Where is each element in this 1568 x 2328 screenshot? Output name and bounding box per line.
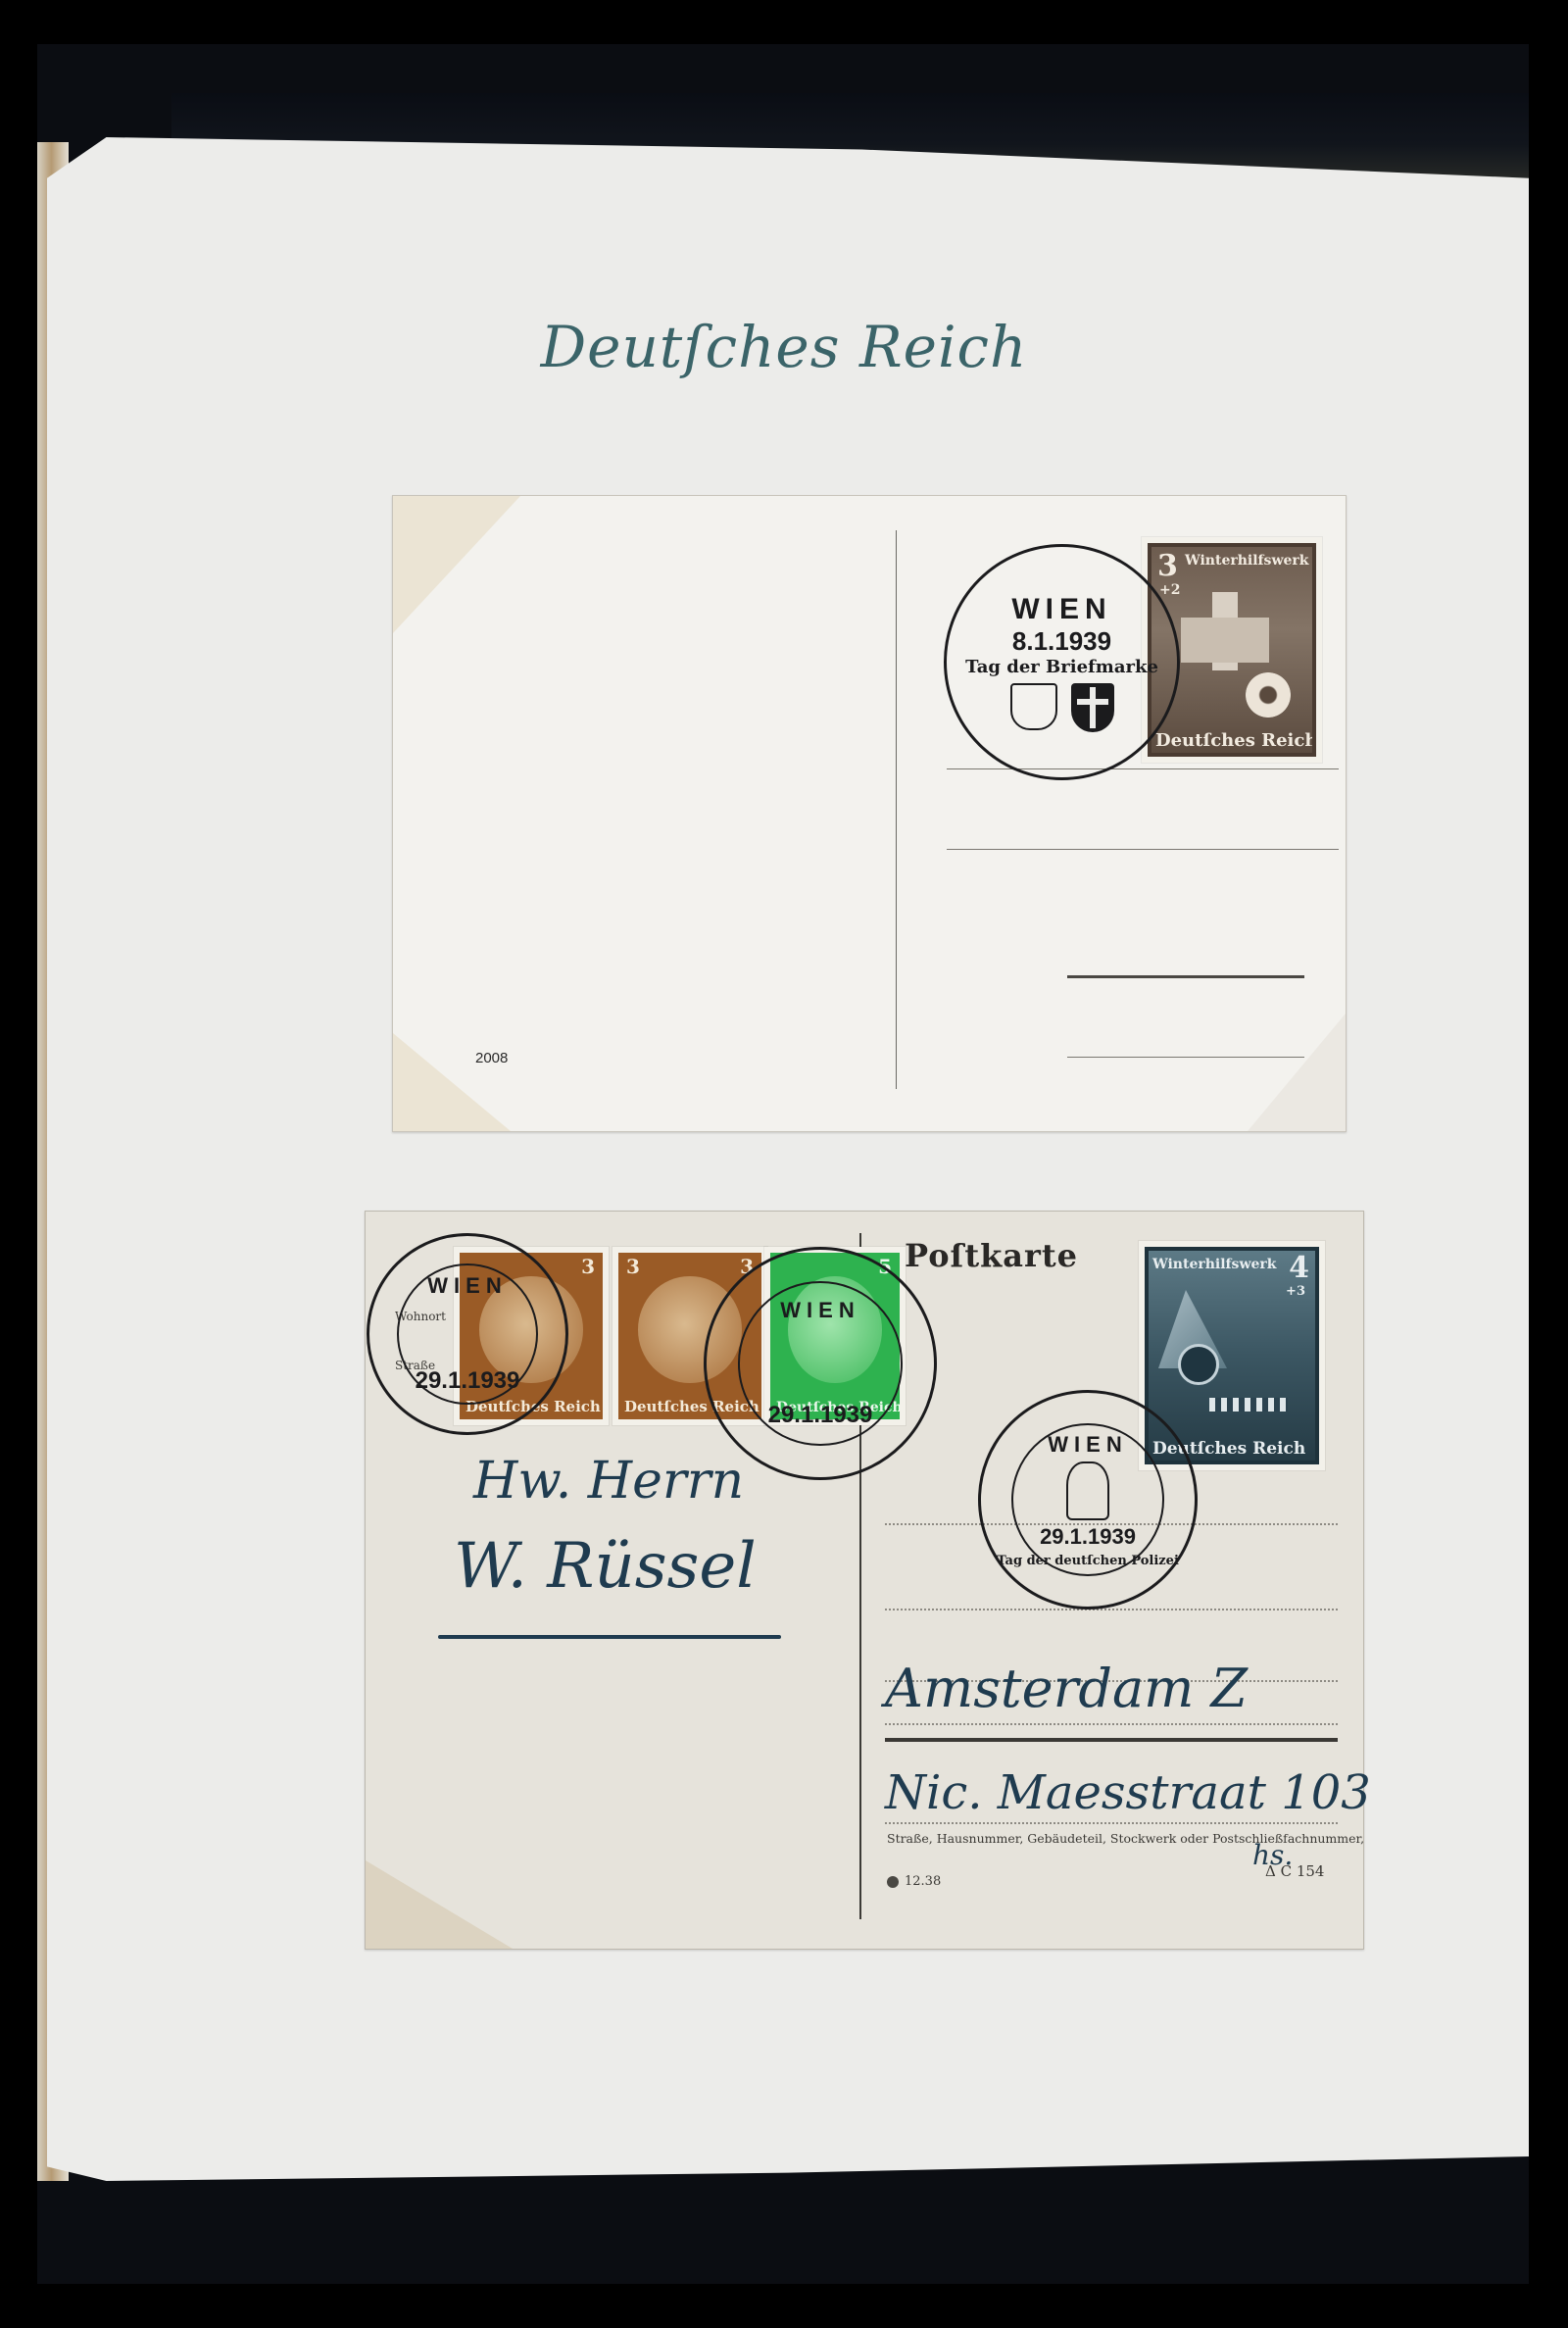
- handwritten-city: Amsterdam Z: [885, 1658, 1248, 1719]
- castle-icon: [1181, 618, 1269, 663]
- postkarte-label: Poſtkarte: [905, 1237, 1078, 1274]
- address-line: [947, 768, 1339, 769]
- stamp-value: 4: [1289, 1251, 1309, 1285]
- stamp-issue: Winterhilfswerk: [1185, 553, 1308, 569]
- postal-emblem-icon: [887, 1876, 899, 1888]
- form-code: Δ C 154: [1265, 1862, 1324, 1880]
- flower-bud-icon: [1178, 1344, 1219, 1385]
- photo-corner-mount: [393, 1033, 511, 1131]
- photo-corner-mount: [1248, 1014, 1346, 1131]
- stamp-surcharge: +3: [1286, 1284, 1305, 1299]
- photo-corner-mount: [366, 1860, 513, 1949]
- thistle-flower-icon: [1246, 672, 1291, 718]
- stamp-surcharge: +2: [1159, 582, 1180, 598]
- postmark-city: WIEN: [1011, 593, 1111, 626]
- city-underline: [885, 1738, 1338, 1742]
- card-divider-line: [896, 530, 897, 1089]
- print-date: 12.38: [887, 1874, 941, 1889]
- coat-of-arms-icon: [1010, 683, 1057, 730]
- stamp-value: 3: [581, 1255, 595, 1278]
- postmark-wien-29-1-1939: WIEN 29.1.1939: [704, 1247, 937, 1480]
- postmark-wien-8-1-1939: WIEN 8.1.1939 Tag der Briefmarke: [944, 544, 1180, 780]
- postmark-inner-ring: [397, 1263, 538, 1405]
- stamp-country: Deutſches Reich: [1155, 730, 1316, 751]
- postmark-inner-ring: [1011, 1423, 1165, 1577]
- address-line: [885, 1609, 1338, 1610]
- address-line: [885, 1822, 1338, 1824]
- photo-corner-mount: [393, 496, 520, 633]
- handwritten-salutation: Hw. Herrn: [473, 1452, 744, 1511]
- postmark-inner-ring: [738, 1281, 902, 1445]
- address-line: [885, 1723, 1338, 1725]
- card-number: 2008: [475, 1050, 508, 1066]
- postmark-date: 8.1.1939: [1012, 626, 1111, 657]
- handwritten-underline: [438, 1635, 781, 1639]
- stamp-value: 3: [1157, 549, 1178, 583]
- postmark-wien-29-1-1939: WIEN 29.1.1939: [367, 1233, 568, 1435]
- road-railing-icon: [1209, 1398, 1288, 1412]
- handwritten-street: Nic. Maesstraat 103: [885, 1765, 1371, 1820]
- vienna-shield-icon: [1071, 683, 1114, 732]
- page-title: Deutſches Reich: [0, 314, 1568, 380]
- handwritten-name: W. Rüssel: [454, 1530, 757, 1603]
- address-line: [1067, 1057, 1304, 1058]
- address-line: [1067, 975, 1304, 978]
- address-line: [947, 849, 1339, 850]
- stamp-value: 3: [626, 1255, 640, 1278]
- postmark-wien-29-1-1939: WIEN 29.1.1939 Tag der deutſchen Polizei: [978, 1390, 1198, 1610]
- postmark-event: Tag der Briefmarke: [965, 657, 1158, 677]
- stamp-issue: Winterhilfswerk: [1152, 1257, 1276, 1272]
- print-date-text: 12.38: [905, 1874, 941, 1889]
